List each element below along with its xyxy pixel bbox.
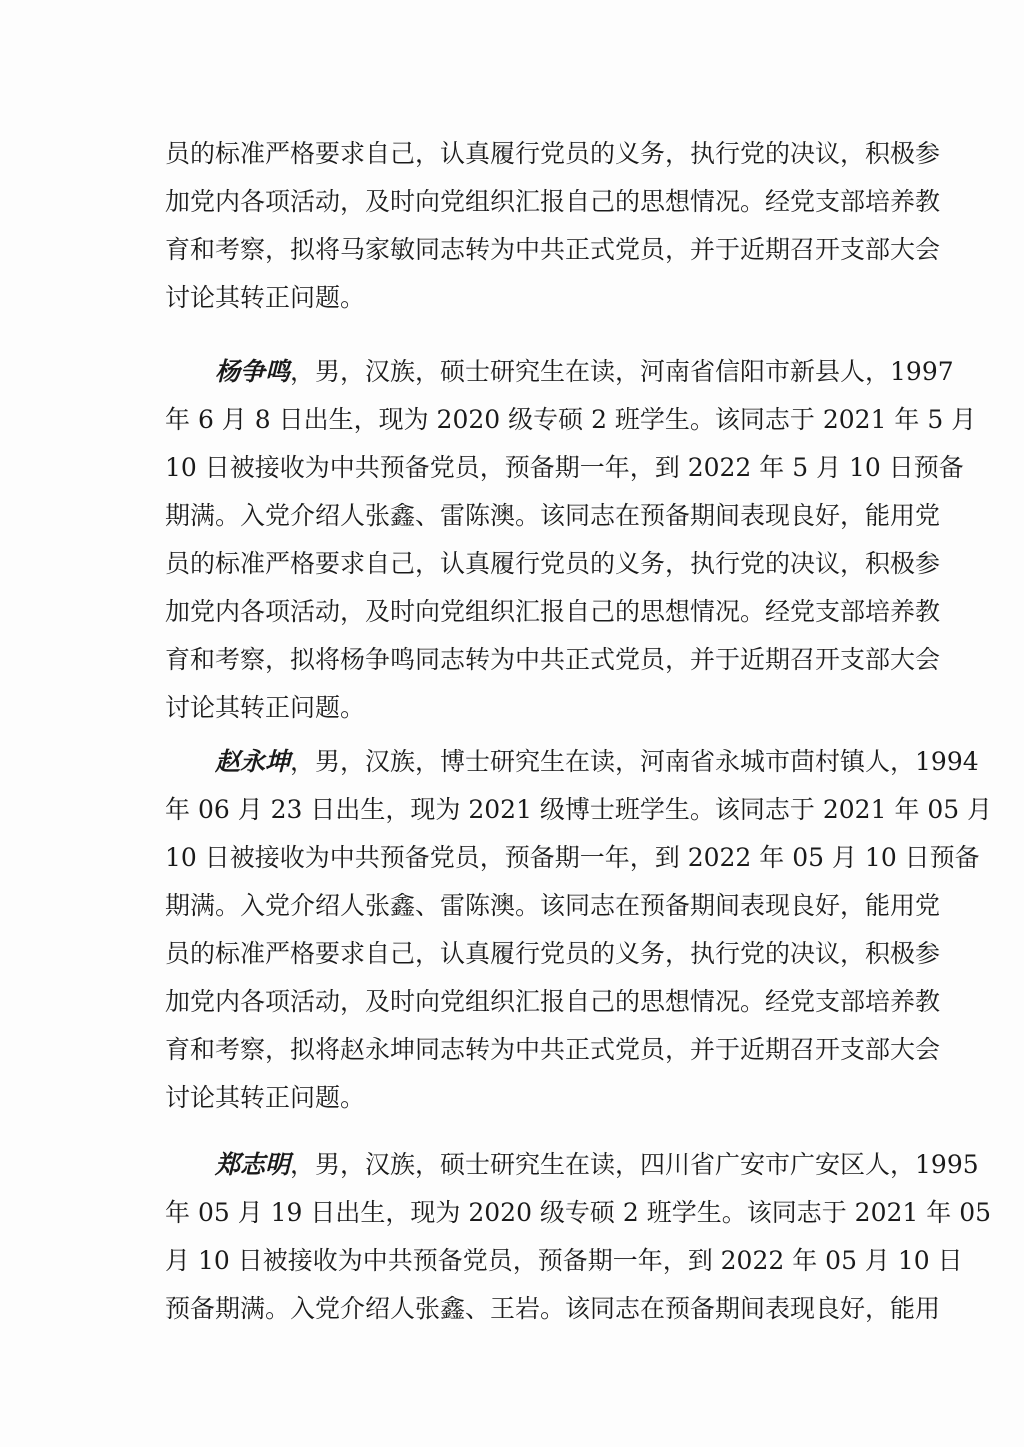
paragraph-line: 月 10 日被接收为中共预备党员，预备期一年，到 2022 年 05 月 10 … xyxy=(165,1241,885,1281)
paragraph-text: ，男，汉族，硕士研究生在读，河南省信阳市新县人，1997 xyxy=(290,357,954,386)
paragraph-first-line: 杨争鸣，男，汉族，硕士研究生在读，河南省信阳市新县人，1997 xyxy=(215,352,885,392)
paragraph-line: 10 日被接收为中共预备党员，预备期一年，到 2022 年 05 月 10 日预… xyxy=(165,838,885,878)
paragraph-text: ，男，汉族，博士研究生在读，河南省永城市茴村镇人，1994 xyxy=(290,747,979,776)
paragraph-text: ，男，汉族，硕士研究生在读，四川省广安市广安区人，1995 xyxy=(290,1150,979,1179)
paragraph-line: 育和考察，拟将赵永坤同志转为中共正式党员，并于近期召开支部大会 xyxy=(165,1030,885,1070)
paragraph-line: 讨论其转正问题。 xyxy=(165,1078,885,1118)
paragraph-line: 年 06 月 23 日出生，现为 2021 级博士班学生。该同志于 2021 年… xyxy=(165,790,885,830)
document-page: 员的标准严格要求自己，认真履行党员的义务，执行党的决议，积极参 加党内各项活动，… xyxy=(0,0,1024,1447)
paragraph-line: 10 日被接收为中共预备党员，预备期一年，到 2022 年 5 月 10 日预备 xyxy=(165,448,885,488)
paragraph-line: 年 05 月 19 日出生，现为 2020 级专硕 2 班学生。该同志于 202… xyxy=(165,1193,885,1233)
paragraph-first-line: 郑志明，男，汉族，硕士研究生在读，四川省广安市广安区人，1995 xyxy=(215,1145,885,1185)
paragraph-line: 育和考察，拟将杨争鸣同志转为中共正式党员，并于近期召开支部大会 xyxy=(165,640,885,680)
paragraph-line: 预备期满。入党介绍人张鑫、王岩。该同志在预备期间表现良好，能用 xyxy=(165,1289,885,1329)
paragraph-line: 育和考察，拟将马家敏同志转为中共正式党员，并于近期召开支部大会 xyxy=(165,230,885,270)
paragraph-line: 员的标准严格要求自己，认真履行党员的义务，执行党的决议，积极参 xyxy=(165,934,885,974)
paragraph-line: 员的标准严格要求自己，认真履行党员的义务，执行党的决议，积极参 xyxy=(165,134,885,174)
paragraph-line: 加党内各项活动，及时向党组织汇报自己的思想情况。经党支部培养教 xyxy=(165,182,885,222)
paragraph-line: 期满。入党介绍人张鑫、雷陈澳。该同志在预备期间表现良好，能用党 xyxy=(165,496,885,536)
paragraph-line: 期满。入党介绍人张鑫、雷陈澳。该同志在预备期间表现良好，能用党 xyxy=(165,886,885,926)
person-name: 郑志明 xyxy=(215,1150,290,1179)
paragraph-first-line: 赵永坤，男，汉族，博士研究生在读，河南省永城市茴村镇人，1994 xyxy=(215,742,885,782)
paragraph-line: 加党内各项活动，及时向党组织汇报自己的思想情况。经党支部培养教 xyxy=(165,982,885,1022)
paragraph-line: 年 6 月 8 日出生，现为 2020 级专硕 2 班学生。该同志于 2021 … xyxy=(165,400,885,440)
paragraph-line: 讨论其转正问题。 xyxy=(165,688,885,728)
paragraph-line: 员的标准严格要求自己，认真履行党员的义务，执行党的决议，积极参 xyxy=(165,544,885,584)
person-name: 赵永坤 xyxy=(215,747,290,776)
paragraph-line: 加党内各项活动，及时向党组织汇报自己的思想情况。经党支部培养教 xyxy=(165,592,885,632)
paragraph-line: 讨论其转正问题。 xyxy=(165,278,885,318)
person-name: 杨争鸣 xyxy=(215,357,290,386)
